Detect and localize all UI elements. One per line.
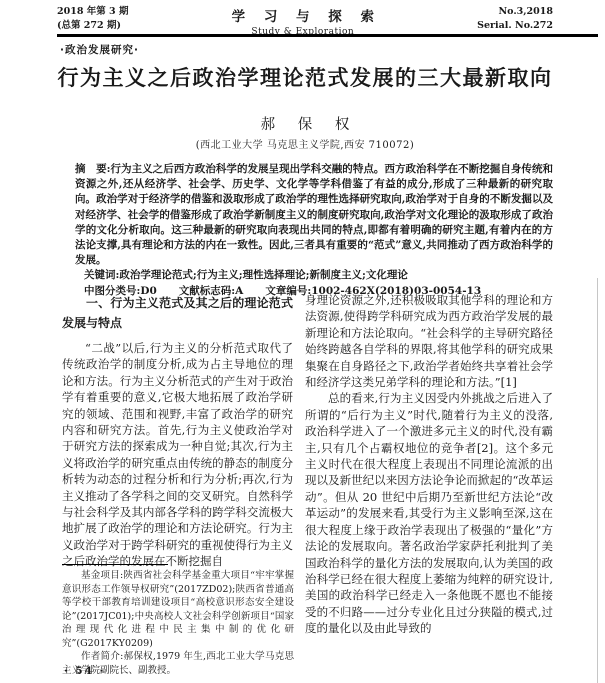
author-name: 郝 保 权 <box>57 113 553 134</box>
abstract-block: 摘 要:行为主义之后西方政治科学的发展呈现出学科交融的特点。西方政治科学在不断挖… <box>75 162 553 299</box>
author-affiliation: (西北工业大学 马克思主义学院,西安 710072) <box>57 136 553 151</box>
body-paragraph-left: “二战”以后,行为主义的分析范式取代了传统政治学的制度分析,成为占主导地位的理论… <box>62 340 293 570</box>
article-title: 行为主义之后政治学理论范式发展的三大最新取向 <box>57 62 553 92</box>
abstract-text: 行为主义之后西方政治科学的发展呈现出学科交融的特点。西方政治科学在不断挖掘自身传… <box>75 163 553 266</box>
abstract-paragraph: 摘 要:行为主义之后西方政治科学的发展呈现出学科交融的特点。西方政治科学在不断挖… <box>75 162 553 268</box>
keywords-line: 关键词:政治学理论范式;行为主义;理性选择理论;新制度主义;文化理论 <box>75 268 553 283</box>
body-column-left: 一、行为主义范式及其之后的理论范式发展与特点 “二战”以后,行为主义的分析范式取… <box>62 294 293 570</box>
issue-cn-line2: (总第 272 期) <box>57 19 128 33</box>
journal-page: 2018 年第 3 期 (总第 272 期) 学 习 与 探 索 Study &… <box>0 0 605 683</box>
journal-name-cn: 学 习 与 探 索 <box>225 5 381 25</box>
keywords-label: 关键词: <box>84 269 119 281</box>
section-label: ·政治发展研究· <box>60 42 139 57</box>
footnote-rule <box>62 564 168 565</box>
issue-info-en: No.3,2018 Serial. No.272 <box>477 5 553 32</box>
funding-note: 基金项目:陕西省社会科学基金重大项目“牢牢掌握意识形态工作领导权研究”(2017… <box>62 569 294 650</box>
section-heading-1: 一、行为主义范式及其之后的理论范式发展与特点 <box>62 294 293 333</box>
body-paragraph-right-2: 总的看来,行为主义因受内外挑战之后进入了所谓的“后行为主义”时代,随着行为主义的… <box>305 390 553 636</box>
scan-edge-line <box>597 278 598 683</box>
journal-name-block: 学 习 与 探 索 Study & Exploration <box>225 5 381 37</box>
body-paragraph-right-1: 身理论资源之外,还积极吸取其他学科的理论和方法资源,使得跨学科研究成为西方政治学… <box>305 292 553 390</box>
issue-cn-line1: 2018 年第 3 期 <box>57 5 128 19</box>
keywords-text: 政治学理论范式;行为主义;理性选择理论;新制度主义;文化理论 <box>119 269 408 281</box>
body-column-right: 身理论资源之外,还积极吸取其他学科的理论和方法资源,使得跨学科研究成为西方政治学… <box>305 292 553 637</box>
page-number: · 54 · <box>64 665 105 677</box>
journal-header: 2018 年第 3 期 (总第 272 期) 学 习 与 探 索 Study &… <box>57 5 553 37</box>
issue-en-line1: No.3,2018 <box>477 5 553 19</box>
issue-info-cn: 2018 年第 3 期 (总第 272 期) <box>57 5 128 32</box>
header-rule <box>57 34 598 37</box>
footnote-block: 基金项目:陕西省社会科学基金重大项目“牢牢掌握意识形态工作领导权研究”(2017… <box>62 564 294 677</box>
issue-en-line2: Serial. No.272 <box>477 19 553 33</box>
abstract-label: 摘 要: <box>75 163 110 175</box>
